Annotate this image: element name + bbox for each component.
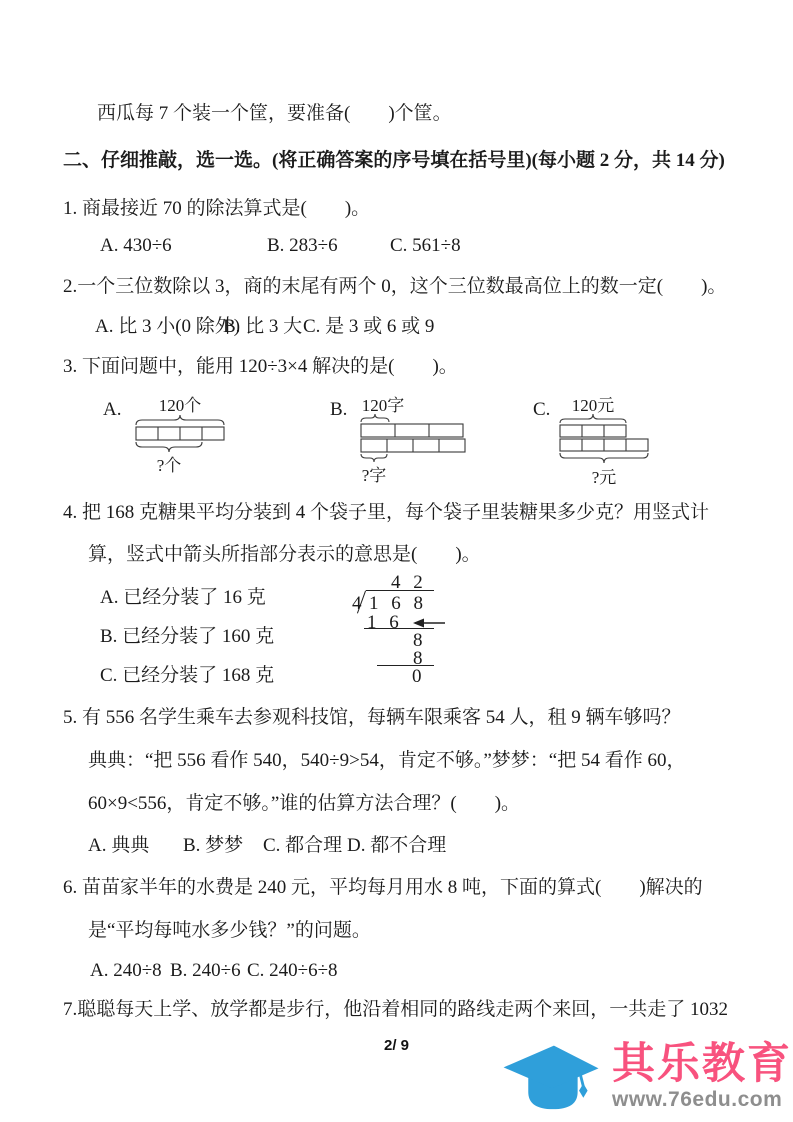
long-division-widget: 4 2 4 1 6 8 1 6 8 8 0 [345,570,455,688]
q1-option-b: B. 283÷6 [267,235,338,257]
q3-diagram-a-letter: A. [103,399,121,421]
division-dividend: 1 6 8 [369,594,427,613]
tape-b-total-label: 120字 [362,396,405,415]
division-vinculum [366,590,434,591]
q6-stem-line1: 6. 苗苗家半年的水费是 240 元，平均每月用水 8 吨，下面的算式( )解决… [63,877,703,899]
q2-option-c: C. 是 3 或 6 或 9 [303,316,434,338]
tape-b-part-label: ?字 [362,466,387,485]
q5-stem-line2: 典典：“把 556 看作 540，540÷9>54，肯定不够。”梦梦：“把 54… [88,750,685,772]
q5-option-a: A. 典典 [88,835,149,857]
q5-stem-line3: 60×9<556，肯定不够。”谁的估算方法合理？( )。 [88,793,520,815]
division-rule-1 [364,628,434,629]
tape-diagram-c: 120元 ?元 [548,394,660,492]
q5-option-c: C. 都合理 [263,835,342,857]
q4-option-a: A. 已经分装了 16 克 [100,587,266,609]
tape-a-total-label: 120个 [159,396,202,415]
tape-b-top-bar [361,424,463,437]
q6-option-b: B. 240÷6 [170,960,241,982]
under-brace [361,454,387,462]
q5-option-d: D. 都不合理 [347,835,446,857]
under-brace [136,442,202,452]
q4-stem-line1: 4. 把 168 克糖果平均分装到 4 个袋子里，每个袋子里装糖果多少克？用竖式… [63,502,709,524]
graduation-cap-icon [496,1030,608,1120]
q6-option-c: C. 240÷6÷8 [247,960,338,982]
over-brace [361,414,389,422]
tape-c-part-label: ?元 [592,468,617,487]
logo-website: www.76edu.com [612,1089,792,1111]
tape-c-total-label: 120元 [572,396,615,415]
q4-option-b: B. 已经分装了 160 克 [100,626,274,648]
tape-diagram-b: 120字 ?字 [353,394,475,490]
q3-diagram-b-letter: B. [330,399,347,421]
q3-stem: 3. 下面问题中，能用 120÷3×4 解决的是( )。 [63,356,458,378]
q1-stem: 1. 商最接近 70 的除法算式是( )。 [63,198,370,220]
over-brace [560,414,626,423]
q4-option-c: C. 已经分装了 168 克 [100,665,274,687]
tape-diagram-a: 120个 ?个 [128,394,240,486]
section-header: 二、仔细推敲，选一选。(将正确答案的序号填在括号里)(每小题 2 分，共 14 … [63,150,725,172]
q2-stem: 2.一个三位数除以 3，商的末尾有两个 0，这个三位数最高位上的数一定( )。 [63,276,726,298]
publisher-logo: 其乐教育 www.76edu.com [496,1030,792,1120]
q5-option-b: B. 梦梦 [183,835,243,857]
over-brace [136,415,224,425]
fill-in-line: 西瓜每 7 个装一个筐，要准备( )个筐。 [97,103,452,125]
tape-a-part-label: ?个 [157,456,182,475]
logo-brand-name: 其乐教育 [612,1040,792,1088]
q4-stem-line2: 算，竖式中箭头所指部分表示的意思是( )。 [88,544,481,566]
q2-option-b: B. 比 3 大 [223,316,302,338]
division-remainder: 0 [412,667,426,686]
q1-option-a: A. 430÷6 [100,235,172,257]
q1-option-c: C. 561÷8 [390,235,461,257]
q2-option-a: A. 比 3 小(0 除外) [95,316,240,338]
worksheet-page: 西瓜每 7 个装一个筐，要准备( )个筐。 二、仔细推敲，选一选。(将正确答案的… [0,0,793,1122]
q5-stem-line1: 5. 有 556 名学生乘车去参观科技馆，每辆车限乘客 54 人，租 9 辆车够… [63,707,681,729]
q7-stem: 7.聪聪每天上学、放学都是步行，他沿着相同的路线走两个来回，一共走了 1032 [63,999,728,1021]
q6-option-a: A. 240÷8 [90,960,162,982]
tape-c-top-bar [560,425,626,437]
under-brace [560,453,648,463]
q6-stem-line2: 是“平均每吨水多少钱？”的问题。 [88,920,371,942]
division-sub1: 1 6 [367,613,403,632]
